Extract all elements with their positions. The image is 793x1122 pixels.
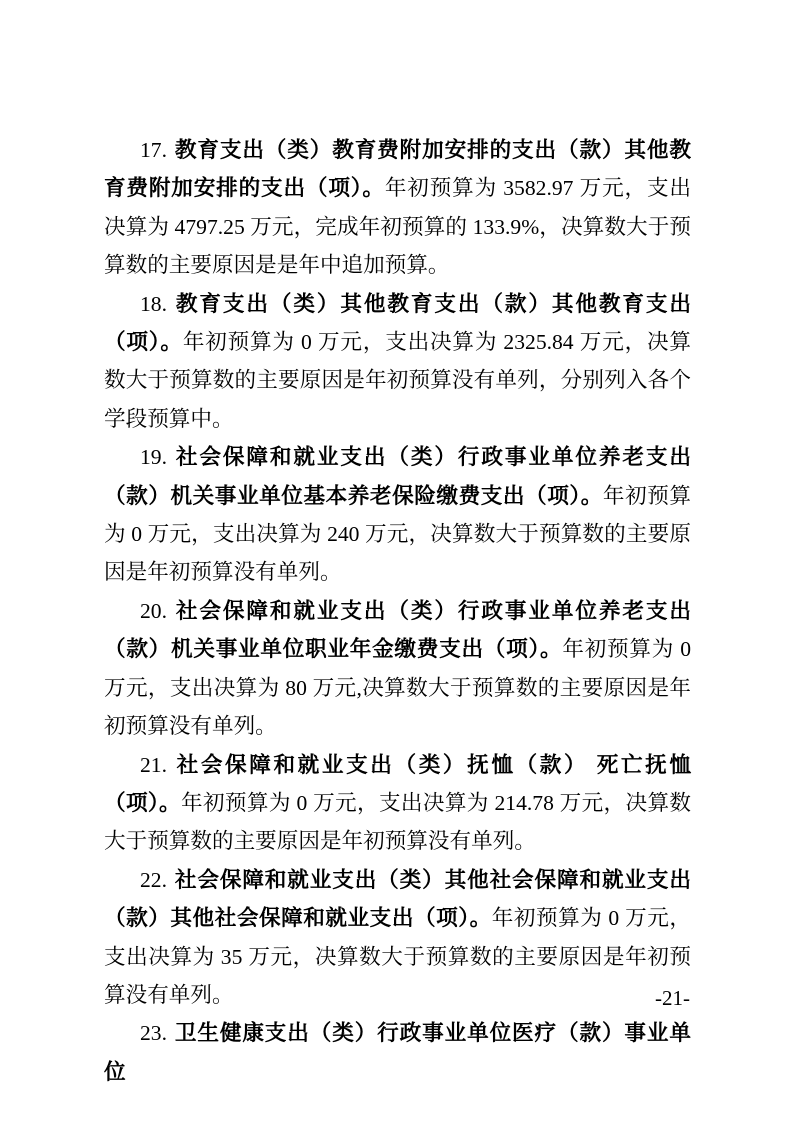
item-number: 17. (140, 138, 167, 162)
budget-item-paragraph: 20.社会保障和就业支出（类）行政事业单位养老支出（款）机关事业单位职业年金缴费… (104, 592, 691, 746)
paragraph-list: 17.教育支出（类）教育费附加安排的支出（款）其他教育费附加安排的支出（项）。年… (104, 131, 691, 1091)
item-number: 21. (140, 753, 167, 777)
budget-item-paragraph: 22.社会保障和就业支出（类）其他社会保障和就业支出（款）其他社会保障和就业支出… (104, 861, 691, 1015)
item-body: 年初预算为 0 万元，支出决算为 2325.84 万元，决算数大于预算数的主要原… (104, 330, 691, 431)
item-body: 年初预算为 0 万元，支出决算为 214.78 万元，决算数大于预算数的主要原因… (104, 791, 691, 853)
budget-item-paragraph: 19.社会保障和就业支出（类）行政事业单位养老支出（款）机关事业单位基本养老保险… (104, 438, 691, 592)
budget-item-paragraph: 23.卫生健康支出（类）行政事业单位医疗（款）事业单位 (104, 1014, 691, 1091)
budget-item-paragraph: 18.教育支出（类）其他教育支出（款）其他教育支出（项）。年初预算为 0 万元，… (104, 285, 691, 439)
item-number: 18. (140, 292, 167, 316)
budget-item-paragraph: 21.社会保障和就业支出（类）抚恤（款） 死亡抚恤（项）。年初预算为 0 万元，… (104, 746, 691, 861)
item-number: 22. (140, 868, 167, 892)
item-number: 23. (140, 1021, 167, 1045)
item-heading: 卫生健康支出（类）行政事业单位医疗（款）事业单位 (104, 1020, 691, 1083)
item-number: 19. (140, 445, 167, 469)
document-page: 17.教育支出（类）教育费附加安排的支出（款）其他教育费附加安排的支出（项）。年… (0, 0, 793, 1122)
budget-item-paragraph: 17.教育支出（类）教育费附加安排的支出（款）其他教育费附加安排的支出（项）。年… (104, 131, 691, 285)
page-number: -21- (655, 984, 690, 1012)
item-number: 20. (140, 599, 167, 623)
